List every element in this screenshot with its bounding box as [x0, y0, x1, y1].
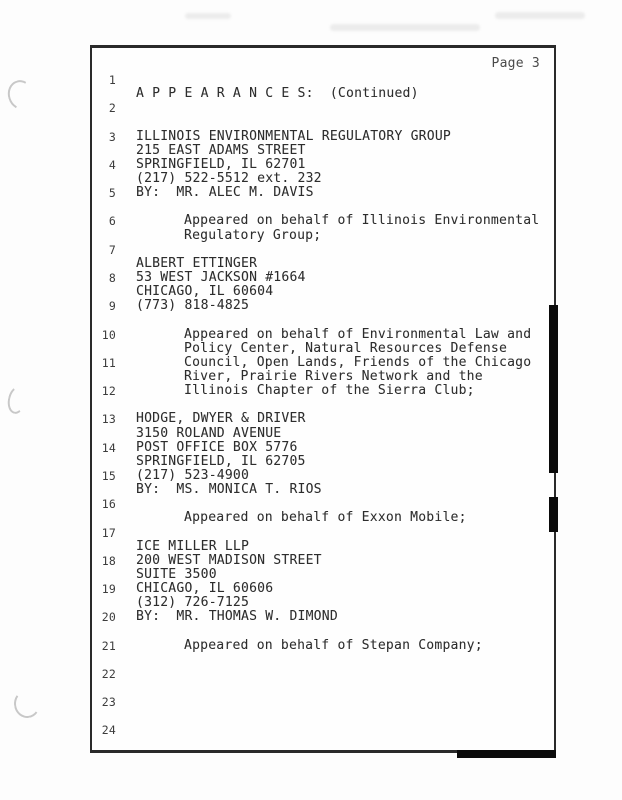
transcript-row: 10Appeared on behalf of Environmental La… — [92, 327, 554, 341]
transcript-text: ICE MILLER LLP — [136, 539, 249, 554]
line-number: 5 — [98, 186, 116, 200]
page-body: Page 3 1A P P E A R A N C E S: (Continue… — [92, 48, 554, 750]
transcript-text: (773) 818-4825 — [136, 298, 249, 313]
scanned-document-canvas: Page 3 1A P P E A R A N C E S: (Continue… — [0, 0, 622, 800]
line-number: 11 — [98, 356, 116, 370]
scan-artifact-bar — [549, 497, 558, 532]
scan-artifact-bar — [549, 305, 558, 473]
page-number: Page 3 — [492, 56, 540, 71]
margin-pencil-mark — [4, 77, 38, 114]
transcript-row — [92, 652, 554, 666]
transcript-row: 853 WEST JACKSON #1664 — [92, 270, 554, 284]
transcript-row — [92, 199, 554, 213]
transcript-row: 215 EAST ADAMS STREET — [92, 143, 554, 157]
transcript-text: POST OFFICE BOX 5776 — [136, 440, 298, 455]
transcript-row: A P P E A R A N C E S: (Continued) — [92, 86, 554, 100]
transcript-row: 4SPRINGFIELD, IL 62701 — [92, 157, 554, 171]
transcript-text: Appeared on behalf of Stepan Company; — [184, 638, 483, 653]
line-number: 17 — [98, 526, 116, 540]
line-number: 15 — [98, 469, 116, 483]
transcript-text: CHICAGO, IL 60606 — [136, 581, 273, 596]
line-number: 14 — [98, 441, 116, 455]
transcript-text: ILLINOIS ENVIRONMENTAL REGULATORY GROUP — [136, 129, 451, 144]
transcript-row: 6Appeared on behalf of Illinois Environm… — [92, 213, 554, 227]
transcript-row: Regulatory Group; — [92, 228, 554, 242]
transcript-row: ICE MILLER LLP — [92, 539, 554, 553]
transcript-text: SUITE 3500 — [136, 567, 217, 582]
transcript-row — [92, 623, 554, 637]
transcript-row: 16 — [92, 496, 554, 510]
transcript-row: 22 — [92, 666, 554, 680]
line-number: 18 — [98, 554, 116, 568]
transcript-row: (312) 726-7125 — [92, 595, 554, 609]
line-number: 21 — [98, 639, 116, 653]
transcript-text: 53 WEST JACKSON #1664 — [136, 270, 306, 285]
transcript-text: SPRINGFIELD, IL 62705 — [136, 454, 306, 469]
transcript-row: Appeared on behalf of Exxon Mobile; — [92, 510, 554, 524]
line-number: 9 — [98, 299, 116, 313]
transcript-row: CHICAGO, IL 60604 — [92, 284, 554, 298]
transcript-row: BY: MS. MONICA T. RIOS — [92, 482, 554, 496]
transcript-row: 19CHICAGO, IL 60606 — [92, 581, 554, 595]
transcript-text: A P P E A R A N C E S: (Continued) — [136, 86, 419, 101]
transcript-text: CHICAGO, IL 60604 — [136, 284, 273, 299]
transcript-text: HODGE, DWYER & DRIVER — [136, 411, 306, 426]
transcript-text: 200 WEST MADISON STREET — [136, 553, 322, 568]
line-number: 19 — [98, 582, 116, 596]
transcript-text: (217) 523-4900 — [136, 468, 249, 483]
transcript-row — [92, 114, 554, 128]
transcript-text: Appeared on behalf of Environmental Law … — [184, 327, 531, 342]
line-number: 16 — [98, 497, 116, 511]
line-number: 12 — [98, 384, 116, 398]
transcript-row: 15(217) 523-4900 — [92, 468, 554, 482]
transcript-row: River, Prairie Rivers Network and the — [92, 369, 554, 383]
scan-smudge — [185, 13, 231, 19]
line-number: 6 — [98, 214, 116, 228]
transcript-row — [92, 397, 554, 411]
line-number: 8 — [98, 271, 116, 285]
transcript-text: River, Prairie Rivers Network and the — [184, 369, 483, 384]
line-number: 13 — [98, 412, 116, 426]
transcript-text: Illinois Chapter of the Sierra Club; — [184, 383, 475, 398]
transcript-text: BY: MR. THOMAS W. DIMOND — [136, 609, 338, 624]
transcript-row — [92, 680, 554, 694]
transcript-row: 23 — [92, 694, 554, 708]
scan-smudge — [495, 12, 585, 19]
transcript-text: (312) 726-7125 — [136, 595, 249, 610]
transcript-row: 18200 WEST MADISON STREET — [92, 553, 554, 567]
line-number: 7 — [98, 243, 116, 257]
transcript-row: SPRINGFIELD, IL 62705 — [92, 454, 554, 468]
transcript-text: Council, Open Lands, Friends of the Chic… — [184, 355, 531, 370]
transcript-row: ALBERT ETTINGER — [92, 256, 554, 270]
transcript-row: 2 — [92, 100, 554, 114]
transcript-text: (217) 522-5512 ext. 232 — [136, 171, 322, 186]
transcript-row: (217) 522-5512 ext. 232 — [92, 171, 554, 185]
line-number: 3 — [98, 130, 116, 144]
page-frame: Page 3 1A P P E A R A N C E S: (Continue… — [90, 45, 556, 753]
transcript-row: 11Council, Open Lands, Friends of the Ch… — [92, 355, 554, 369]
line-number: 23 — [98, 695, 116, 709]
transcript-row — [92, 708, 554, 722]
line-number: 22 — [98, 667, 116, 681]
transcript-text: BY: MS. MONICA T. RIOS — [136, 482, 322, 497]
transcript-row: 17 — [92, 525, 554, 539]
transcript-text: 3150 ROLAND AVENUE — [136, 426, 281, 441]
transcript-text: Appeared on behalf of Exxon Mobile; — [184, 510, 467, 525]
transcript-text: Regulatory Group; — [184, 228, 321, 243]
transcript-row: SUITE 3500 — [92, 567, 554, 581]
transcript-row: 24 — [92, 722, 554, 736]
transcript-row: 3150 ROLAND AVENUE — [92, 426, 554, 440]
scan-artifact-bar — [457, 750, 556, 758]
margin-pencil-mark — [5, 384, 28, 415]
transcript-row: 9(773) 818-4825 — [92, 298, 554, 312]
scan-smudge — [330, 24, 480, 31]
transcript-text: SPRINGFIELD, IL 62701 — [136, 157, 306, 172]
transcript-row: 14POST OFFICE BOX 5776 — [92, 440, 554, 454]
transcript-row: 3ILLINOIS ENVIRONMENTAL REGULATORY GROUP — [92, 129, 554, 143]
transcript-row: 21Appeared on behalf of Stepan Company; — [92, 638, 554, 652]
line-number: 4 — [98, 158, 116, 172]
transcript-text: ALBERT ETTINGER — [136, 256, 257, 271]
transcript-text: Appeared on behalf of Illinois Environme… — [184, 213, 539, 228]
transcript-text: 215 EAST ADAMS STREET — [136, 143, 306, 158]
transcript-text: BY: MR. ALEC M. DAVIS — [136, 185, 314, 200]
transcript-row: 13HODGE, DWYER & DRIVER — [92, 411, 554, 425]
transcript-row: 5BY: MR. ALEC M. DAVIS — [92, 185, 554, 199]
line-number: 1 — [98, 73, 116, 87]
transcript-row: 20BY: MR. THOMAS W. DIMOND — [92, 609, 554, 623]
line-number: 24 — [98, 723, 116, 737]
transcript-row — [92, 737, 554, 751]
transcript-row: 12Illinois Chapter of the Sierra Club; — [92, 383, 554, 397]
transcript-row — [92, 312, 554, 326]
line-number: 20 — [98, 610, 116, 624]
line-number: 10 — [98, 328, 116, 342]
margin-pencil-mark — [12, 688, 42, 719]
transcript-text: Policy Center, Natural Resources Defense — [184, 341, 507, 356]
transcript-rows: 1A P P E A R A N C E S: (Continued)23ILL… — [92, 72, 554, 751]
line-number: 2 — [98, 101, 116, 115]
transcript-row: Policy Center, Natural Resources Defense — [92, 341, 554, 355]
transcript-row: 1 — [92, 72, 554, 86]
transcript-row: 7 — [92, 242, 554, 256]
